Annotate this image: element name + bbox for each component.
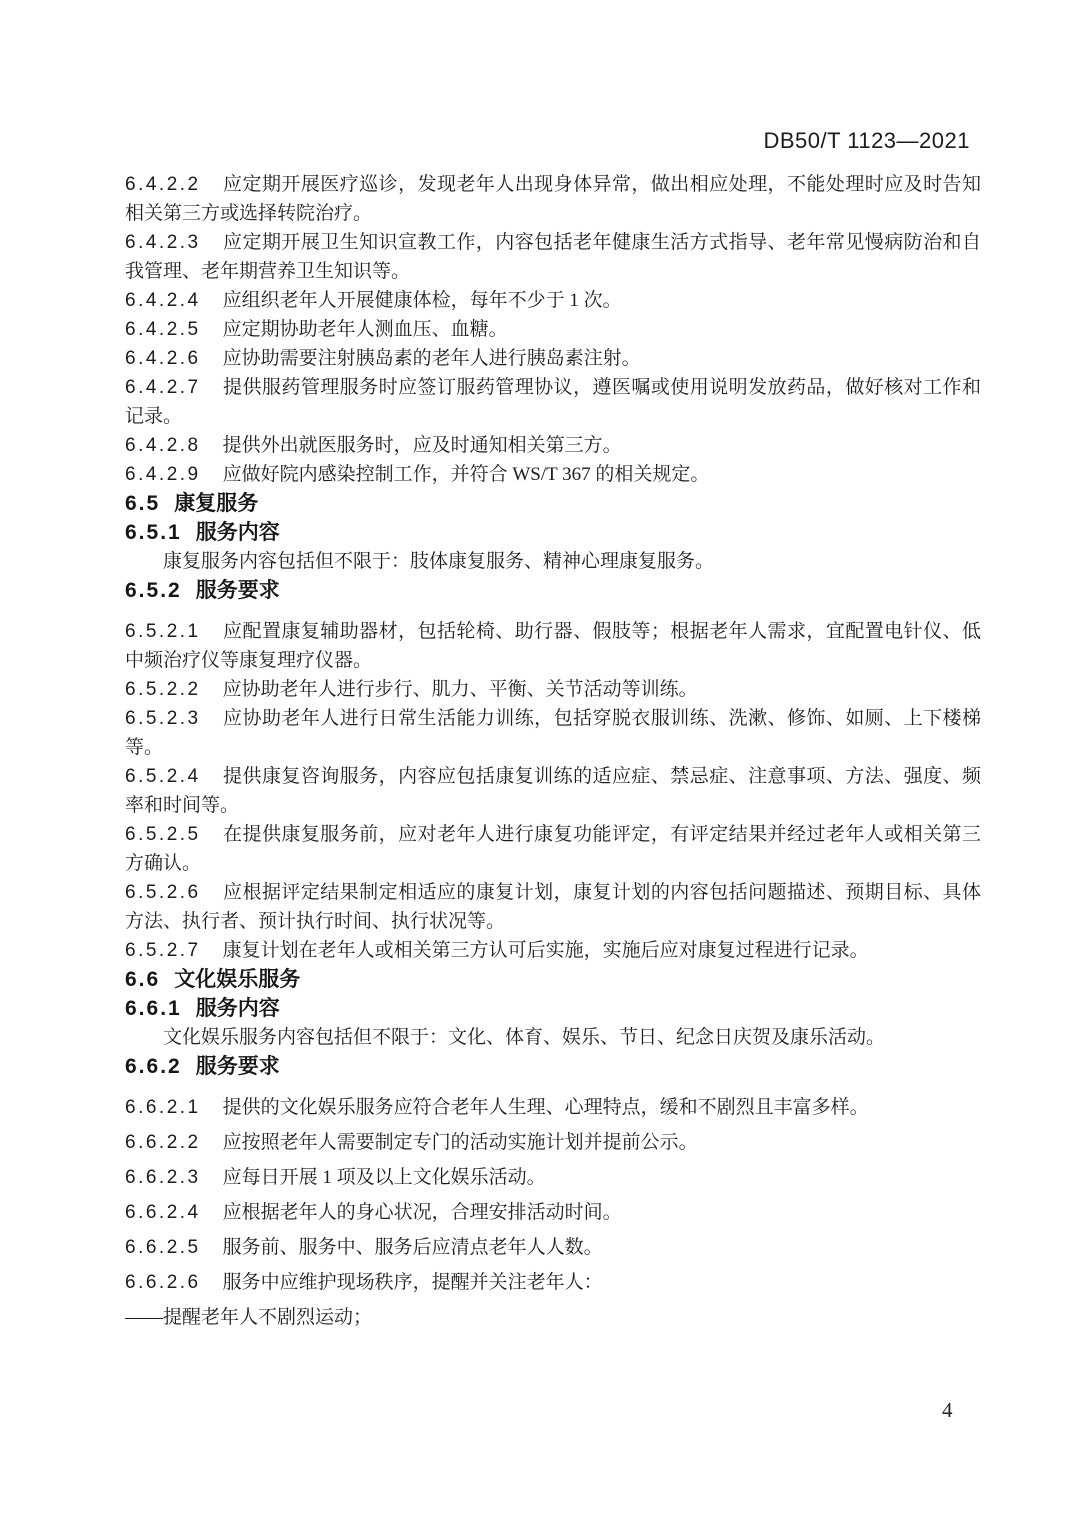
body-paragraph: 康复服务内容包括但不限于：肢体康复服务、精神心理康复服务。: [125, 547, 981, 576]
standard-number-header: DB50/T 1123—2021: [763, 128, 970, 154]
clause-text: 应组织老年人开展健康体检，每年不少于 1 次。: [223, 290, 622, 311]
clause-number: 6.4.2.2: [125, 174, 201, 195]
clause-6-4-2-3: 6.4.2.3应定期开展卫生知识宣教工作，内容包括老年健康生活方式指导、老年常见…: [125, 228, 981, 286]
clause-6-6-2-6: 6.6.2.6服务中应维护现场秩序，提醒并关注老年人：: [125, 1268, 981, 1297]
heading-number: 6.6: [125, 968, 160, 991]
section-heading-6-5-1: 6.5.1服务内容: [125, 518, 981, 547]
clause-number: 6.4.2.3: [125, 232, 201, 253]
section-heading-6-6-1: 6.6.1服务内容: [125, 994, 981, 1023]
clause-number: 6.5.2.1: [125, 621, 201, 642]
clause-6-4-2-2: 6.4.2.2应定期开展医疗巡诊，发现老年人出现身体异常，做出相应处理，不能处理…: [125, 170, 981, 228]
section-heading-6-5: 6.5康复服务: [125, 489, 981, 518]
heading-text: 服务内容: [196, 997, 280, 1020]
clause-text: 提供外出就医服务时，应及时通知相关第三方。: [223, 435, 622, 456]
clause-6-5-2-1: 6.5.2.1应配置康复辅助器材，包括轮椅、助行器、假肢等；根据老年人需求，宜配…: [125, 617, 981, 675]
clause-text: 应定期开展医疗巡诊，发现老年人出现身体异常，做出相应处理，不能处理时应及时告知相…: [125, 174, 981, 224]
body-paragraph: 文化娱乐服务内容包括但不限于：文化、体育、娱乐、节日、纪念日庆贺及康乐活动。: [125, 1023, 981, 1052]
clause-6-5-2-3: 6.5.2.3应协助老年人进行日常生活能力训练，包括穿脱衣服训练、洗漱、修饰、如…: [125, 704, 981, 762]
clause-text: 应每日开展 1 项及以上文化娱乐活动。: [223, 1167, 546, 1188]
clause-text: 提供康复咨询服务，内容应包括康复训练的适应症、禁忌症、注意事项、方法、强度、频率…: [125, 766, 981, 816]
clause-text: 服务前、服务中、服务后应清点老年人人数。: [223, 1237, 603, 1258]
clause-number: 6.6.2.4: [125, 1202, 201, 1223]
section-heading-6-6-2: 6.6.2服务要求: [125, 1052, 981, 1081]
clause-6-4-2-7: 6.4.2.7提供服药管理服务时应签订服药管理协议，遵医嘱或使用说明发放药品，做…: [125, 373, 981, 431]
clause-number: 6.6.2.5: [125, 1237, 201, 1258]
clause-number: 6.5.2.3: [125, 708, 201, 729]
clause-number: 6.5.2.4: [125, 766, 201, 787]
heading-number: 6.6.1: [125, 997, 182, 1020]
clause-6-4-2-4: 6.4.2.4应组织老年人开展健康体检，每年不少于 1 次。: [125, 286, 981, 315]
section-heading-6-6: 6.6文化娱乐服务: [125, 965, 981, 994]
clause-text: 应做好院内感染控制工作，并符合 WS/T 367 的相关规定。: [223, 464, 710, 485]
clause-number: 6.6.2.2: [125, 1132, 201, 1153]
clause-number: 6.5.2.6: [125, 882, 201, 903]
clause-text: 服务中应维护现场秩序，提醒并关注老年人：: [223, 1272, 603, 1293]
heading-number: 6.5.2: [125, 579, 182, 602]
clause-text: 在提供康复服务前，应对老年人进行康复功能评定，有评定结果并经过老年人或相关第三方…: [125, 824, 981, 874]
clause-number: 6.4.2.6: [125, 348, 201, 369]
clause-text: 应协助老年人进行步行、肌力、平衡、关节活动等训练。: [223, 679, 698, 700]
heading-text: 文化娱乐服务: [174, 968, 300, 991]
clause-number: 6.4.2.4: [125, 290, 201, 311]
clause-6-6-2-5: 6.6.2.5服务前、服务中、服务后应清点老年人人数。: [125, 1233, 981, 1262]
heading-text: 服务内容: [196, 521, 280, 544]
clause-6-4-2-5: 6.4.2.5应定期协助老年人测血压、血糖。: [125, 315, 981, 344]
document-page: DB50/T 1123—2021 6.4.2.2应定期开展医疗巡诊，发现老年人出…: [0, 0, 1074, 1520]
clause-text: 提供服药管理服务时应签订服药管理协议，遵医嘱或使用说明发放药品，做好核对工作和记…: [125, 377, 981, 427]
page-number: 4: [942, 1398, 953, 1423]
clause-text: 应协助需要注射胰岛素的老年人进行胰岛素注射。: [223, 348, 641, 369]
clause-number: 6.5.2.7: [125, 940, 201, 961]
dash-list-item: ——提醒老年人不剧烈运动；: [125, 1303, 981, 1332]
clause-6-6-2-3: 6.6.2.3应每日开展 1 项及以上文化娱乐活动。: [125, 1163, 981, 1192]
heading-number: 6.5: [125, 492, 160, 515]
heading-text: 康复服务: [174, 492, 258, 515]
clause-text: 应协助老年人进行日常生活能力训练，包括穿脱衣服训练、洗漱、修饰、如厕、上下楼梯等…: [125, 708, 981, 758]
clause-text: 应定期协助老年人测血压、血糖。: [223, 319, 508, 340]
clause-6-5-2-6: 6.5.2.6应根据评定结果制定相适应的康复计划，康复计划的内容包括问题描述、预…: [125, 878, 981, 936]
clause-6-5-2-2: 6.5.2.2应协助老年人进行步行、肌力、平衡、关节活动等训练。: [125, 675, 981, 704]
clause-text: 应根据评定结果制定相适应的康复计划，康复计划的内容包括问题描述、预期目标、具体方…: [125, 882, 981, 932]
clause-number: 6.4.2.7: [125, 377, 201, 398]
clause-number: 6.6.2.3: [125, 1167, 201, 1188]
clause-text: 康复计划在老年人或相关第三方认可后实施，实施后应对康复过程进行记录。: [223, 940, 869, 961]
clause-text: 应按照老年人需要制定专门的活动实施计划并提前公示。: [223, 1132, 698, 1153]
heading-text: 服务要求: [196, 1055, 280, 1078]
clause-6-6-2-4: 6.6.2.4应根据老年人的身心状况，合理安排活动时间。: [125, 1198, 981, 1227]
clause-number: 6.5.2.5: [125, 824, 201, 845]
clause-6-5-2-4: 6.5.2.4提供康复咨询服务，内容应包括康复训练的适应症、禁忌症、注意事项、方…: [125, 762, 981, 820]
clause-number: 6.4.2.9: [125, 464, 201, 485]
clause-6-6-2-2: 6.6.2.2应按照老年人需要制定专门的活动实施计划并提前公示。: [125, 1128, 981, 1157]
clause-number: 6.6.2.1: [125, 1097, 201, 1118]
clause-text: 提供的文化娱乐服务应符合老年人生理、心理特点，缓和不剧烈且丰富多样。: [223, 1097, 869, 1118]
clause-6-5-2-5: 6.5.2.5在提供康复服务前，应对老年人进行康复功能评定，有评定结果并经过老年…: [125, 820, 981, 878]
clause-6-5-2-7: 6.5.2.7康复计划在老年人或相关第三方认可后实施，实施后应对康复过程进行记录…: [125, 936, 981, 965]
document-content: 6.4.2.2应定期开展医疗巡诊，发现老年人出现身体异常，做出相应处理，不能处理…: [125, 170, 981, 1332]
clause-number: 6.4.2.5: [125, 319, 201, 340]
heading-number: 6.6.2: [125, 1055, 182, 1078]
clause-6-4-2-6: 6.4.2.6应协助需要注射胰岛素的老年人进行胰岛素注射。: [125, 344, 981, 373]
heading-number: 6.5.1: [125, 521, 182, 544]
clause-number: 6.6.2.6: [125, 1272, 201, 1293]
clause-text: 应配置康复辅助器材，包括轮椅、助行器、假肢等；根据老年人需求，宜配置电针仪、低中…: [125, 621, 981, 671]
clause-text: 应根据老年人的身心状况，合理安排活动时间。: [223, 1202, 622, 1223]
clause-6-4-2-8: 6.4.2.8提供外出就医服务时，应及时通知相关第三方。: [125, 431, 981, 460]
clause-number: 6.5.2.2: [125, 679, 201, 700]
clause-number: 6.4.2.8: [125, 435, 201, 456]
clause-text: 应定期开展卫生知识宣教工作，内容包括老年健康生活方式指导、老年常见慢病防治和自我…: [125, 232, 981, 282]
heading-text: 服务要求: [196, 579, 280, 602]
section-heading-6-5-2: 6.5.2服务要求: [125, 576, 981, 605]
clause-6-4-2-9: 6.4.2.9应做好院内感染控制工作，并符合 WS/T 367 的相关规定。: [125, 460, 981, 489]
clause-6-6-2-1: 6.6.2.1提供的文化娱乐服务应符合老年人生理、心理特点，缓和不剧烈且丰富多样…: [125, 1093, 981, 1122]
